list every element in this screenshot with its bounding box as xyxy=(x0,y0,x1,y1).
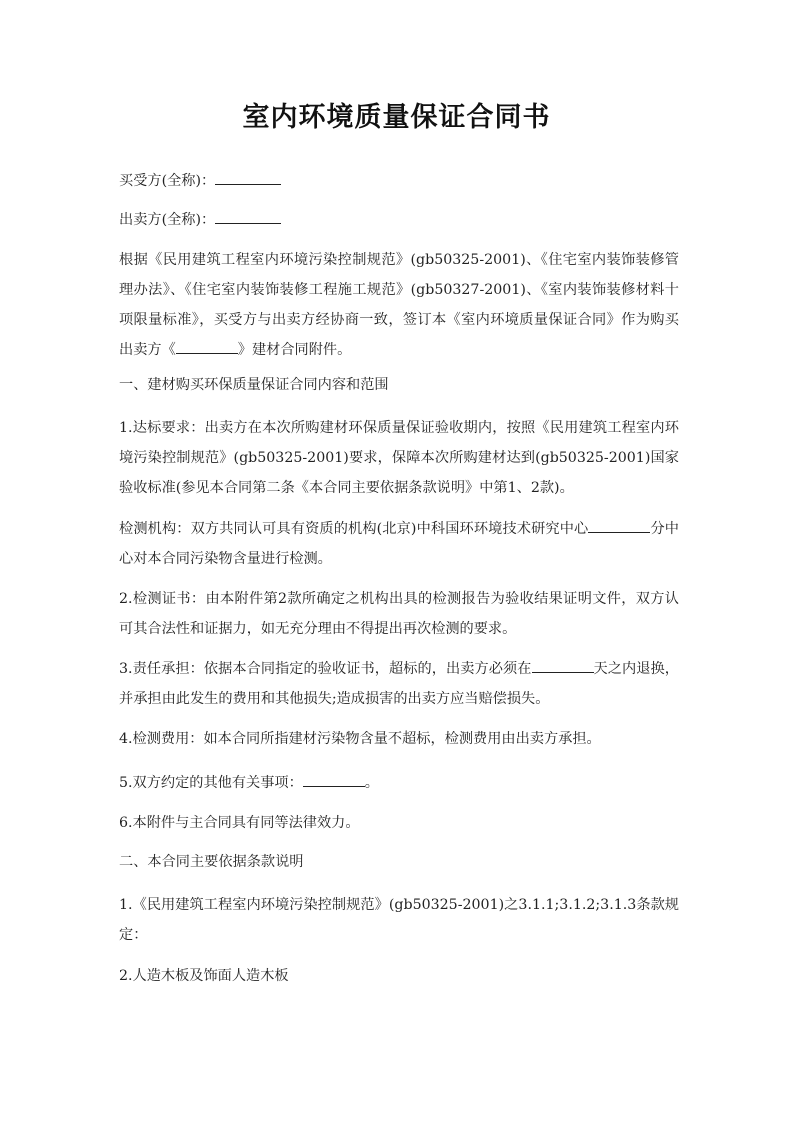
clause-3: 3.责任承担：依据本合同指定的验收证书，超标的，出卖方必须在天之内退换，并承担由… xyxy=(119,654,679,714)
clause-5-text-1: 5.双方约定的其他有关事项： xyxy=(119,775,303,791)
testing-agency-text: 检测机构：双方共同认可具有资质的机构(北京)中科国环环境技术研究中心 xyxy=(119,521,588,537)
document-page: 室内环境质量保证合同书 买受方(全称)： 出卖方(全称)： 根据《民用建筑工程室… xyxy=(0,0,793,1122)
clause-4: 4.检测费用：如本合同所指建材污染物含量不超标，检测费用由出卖方承担。 xyxy=(119,724,679,754)
buyer-blank-field[interactable] xyxy=(215,170,281,185)
section2-clause-1: 1.《民用建筑工程室内环境污染控制规范》(gb50325-2001)之3.1.1… xyxy=(119,890,679,950)
days-blank-field[interactable] xyxy=(532,658,594,673)
buyer-line: 买受方(全称)： xyxy=(119,166,679,196)
seller-blank-field[interactable] xyxy=(215,209,281,224)
section1-heading: 一、建材购买环保质量保证合同内容和范围 xyxy=(119,370,679,400)
intro-paragraph: 根据《民用建筑工程室内环境污染控制规范》(gb50325-2001)、《住宅室内… xyxy=(119,245,679,365)
testing-agency-paragraph: 检测机构：双方共同认可具有资质的机构(北京)中科国环环境技术研究中心分中心对本合… xyxy=(119,514,679,574)
branch-center-blank[interactable] xyxy=(588,518,650,533)
buyer-label: 买受方(全称)： xyxy=(119,173,215,189)
other-matters-blank[interactable] xyxy=(303,772,365,787)
intro-text-2: 》建材合同附件。 xyxy=(238,342,352,358)
clause-5-text-2: 。 xyxy=(365,775,379,791)
seller-line: 出卖方(全称)： xyxy=(119,205,679,235)
clause-2: 2.检测证书：由本附件第2款所确定之机构出具的检测报告为验收结果证明文件，双方认… xyxy=(119,584,679,644)
clause-5: 5.双方约定的其他有关事项：。 xyxy=(119,768,679,798)
section2-heading: 二、本合同主要依据条款说明 xyxy=(119,847,679,877)
section2-clause-2: 2.人造木板及饰面人造木板 xyxy=(119,961,679,991)
clause-3-text-1: 3.责任承担：依据本合同指定的验收证书，超标的，出卖方必须在 xyxy=(119,661,532,677)
seller-label: 出卖方(全称)： xyxy=(119,212,215,228)
material-name-blank[interactable] xyxy=(176,339,238,354)
clause-6: 6.本附件与主合同具有同等法律效力。 xyxy=(119,808,679,838)
clause-1: 1.达标要求：出卖方在本次所购建材环保质量保证验收期内，按照《民用建筑工程室内环… xyxy=(119,413,679,503)
document-title: 室内环境质量保证合同书 xyxy=(0,95,793,134)
